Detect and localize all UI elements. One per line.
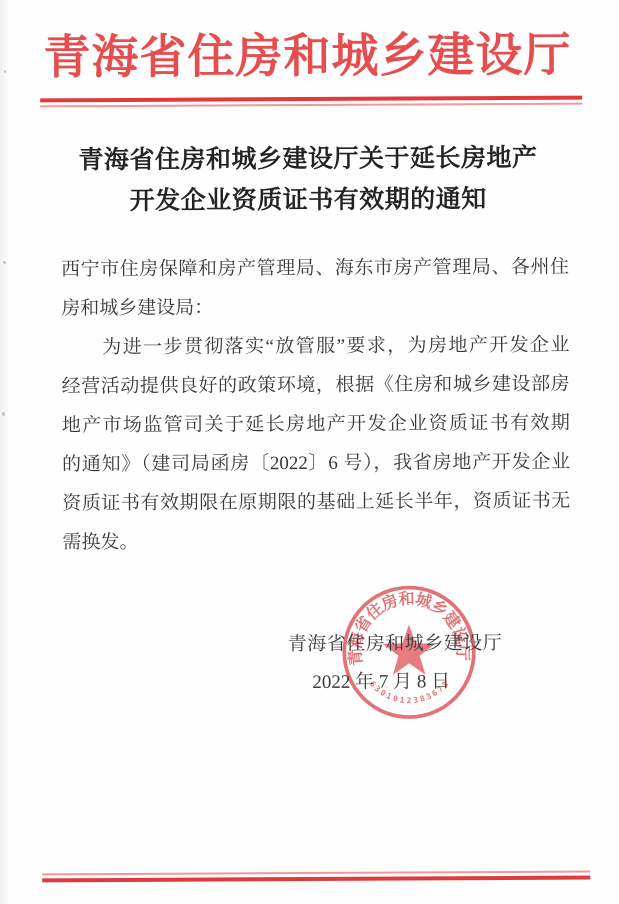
document-title-line1: 青海省住房和城乡建设厅关于延长房地产	[0, 137, 618, 181]
document-content: 青海省住房和城乡建设厅 青海省住房和城乡建设厅关于延长房地产 开发企业资质证书有…	[0, 0, 619, 904]
body-line: 经营活动提供良好的政策环境，根据《住房和城乡建设部房	[62, 365, 570, 407]
letterhead-agency-name: 青海省住房和城乡建设厅	[0, 28, 617, 85]
signature-date: 2022 年 7 月 8 日	[301, 666, 461, 694]
body-line: 的通知》（建司局函房〔2022〕6 号），我省房地产开发企业	[62, 443, 570, 485]
body-line: 资质证书有效期限在原期限的基础上延长半年，资质证书无	[62, 482, 570, 524]
document-body: 西宁市住房保障和房产管理局、海东市房产管理局、各州住 房和城乡建设局： 为进一步…	[61, 248, 571, 563]
body-line: 为进一步贯彻落实“放管服”要求，为房地产开发企业	[61, 326, 569, 368]
signature-agency-name: 青海省住房和城乡建设厅	[287, 628, 503, 656]
body-line: 西宁市住房保障和房产管理局、海东市房产管理局、各州住	[61, 248, 569, 290]
body-line: 地产市场监管司关于延长房地产开发企业资质证书有效期	[62, 404, 570, 446]
footer-divider-rule	[42, 871, 590, 883]
letterhead-divider-rule	[40, 96, 582, 108]
document-title: 青海省住房和城乡建设厅关于延长房地产 开发企业资质证书有效期的通知	[0, 137, 618, 222]
body-line: 房和城乡建设局：	[61, 287, 569, 329]
document-page: 青海省住房和城乡建设厅 青海省住房和城乡建设厅关于延长房地产 开发企业资质证书有…	[0, 0, 619, 904]
body-line: 需换发。	[62, 521, 570, 563]
document-title-line2: 开发企业资质证书有效期的通知	[0, 178, 618, 222]
